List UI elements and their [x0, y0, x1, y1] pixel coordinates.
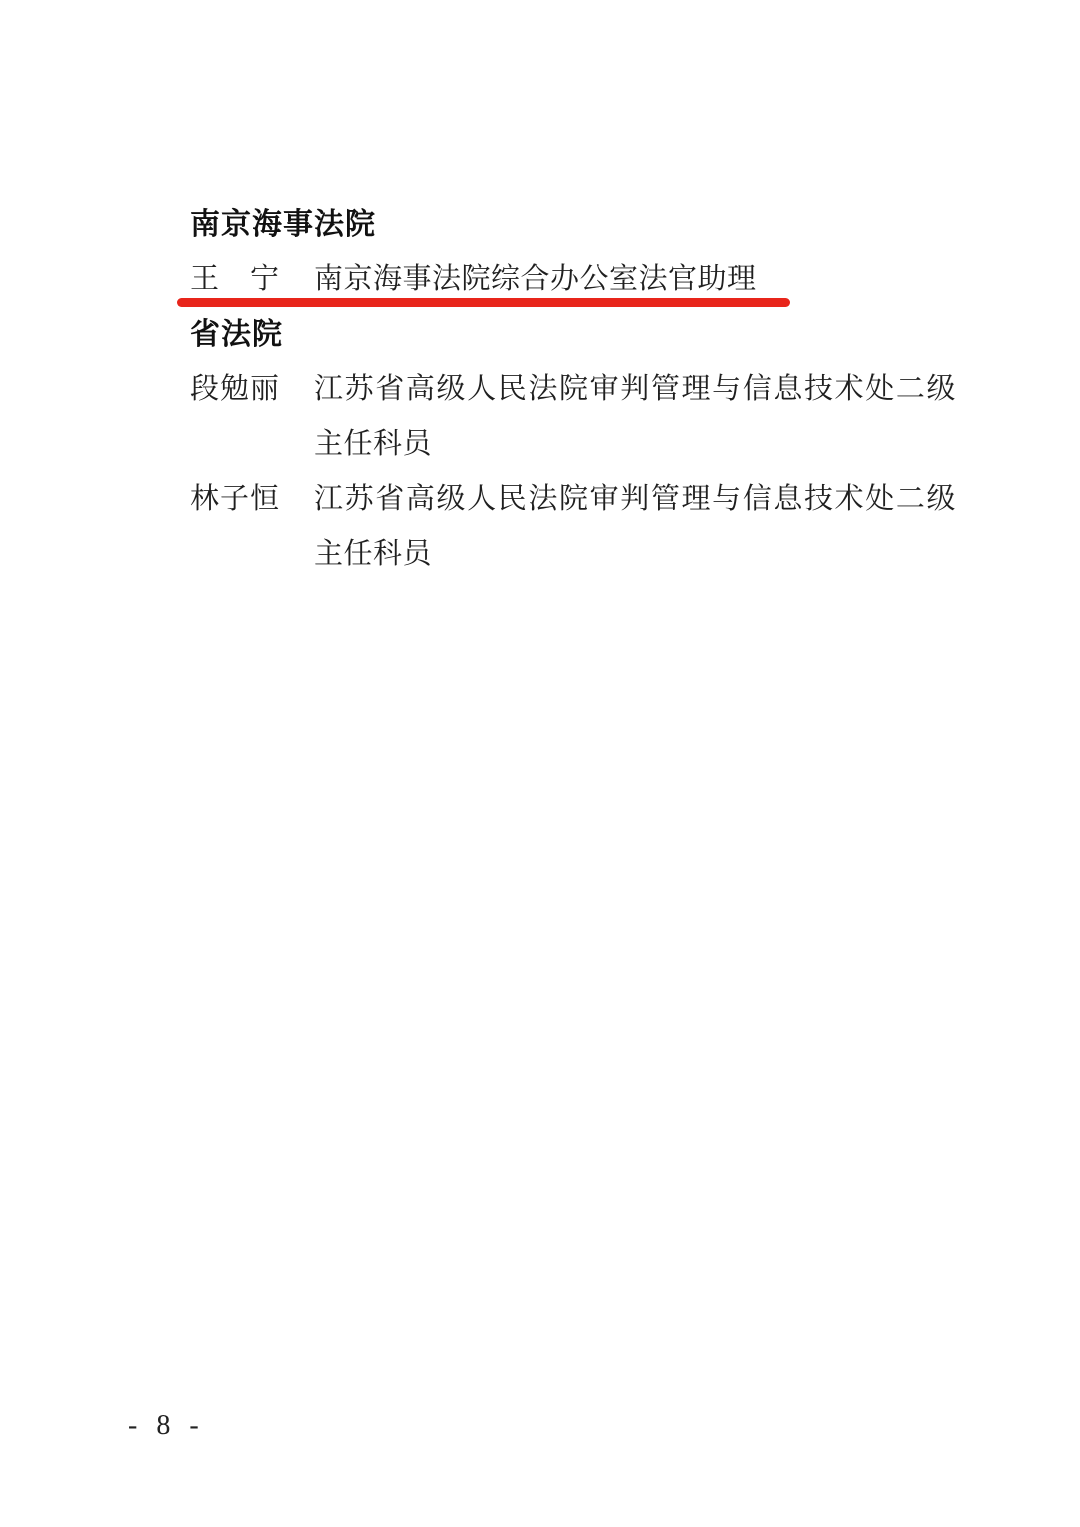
personnel-row: 段勉丽 江苏省高级人民法院审判管理与信息技术处二级主任科员 [190, 362, 956, 472]
section-heading-nanjing-maritime-court: 南京海事法院 [190, 197, 956, 252]
person-position: 江苏省高级人民法院审判管理与信息技术处二级主任科员 [314, 362, 956, 472]
document-body: 南京海事法院 王 宁 南京海事法院综合办公室法官助理 省法院 段勉丽 江苏省高级… [190, 197, 956, 582]
document-page: 南京海事法院 王 宁 南京海事法院综合办公室法官助理 省法院 段勉丽 江苏省高级… [0, 0, 1080, 1527]
person-name: 段勉丽 [190, 362, 286, 417]
section-heading-provincial-court: 省法院 [190, 307, 956, 362]
person-name: 林子恒 [190, 472, 286, 527]
person-position: 江苏省高级人民法院审判管理与信息技术处二级主任科员 [314, 472, 956, 582]
red-underline-highlight [177, 298, 790, 307]
page-number: - 8 - [128, 1410, 205, 1442]
personnel-row: 王 宁 南京海事法院综合办公室法官助理 [190, 252, 956, 307]
personnel-row: 林子恒 江苏省高级人民法院审判管理与信息技术处二级主任科员 [190, 472, 956, 582]
